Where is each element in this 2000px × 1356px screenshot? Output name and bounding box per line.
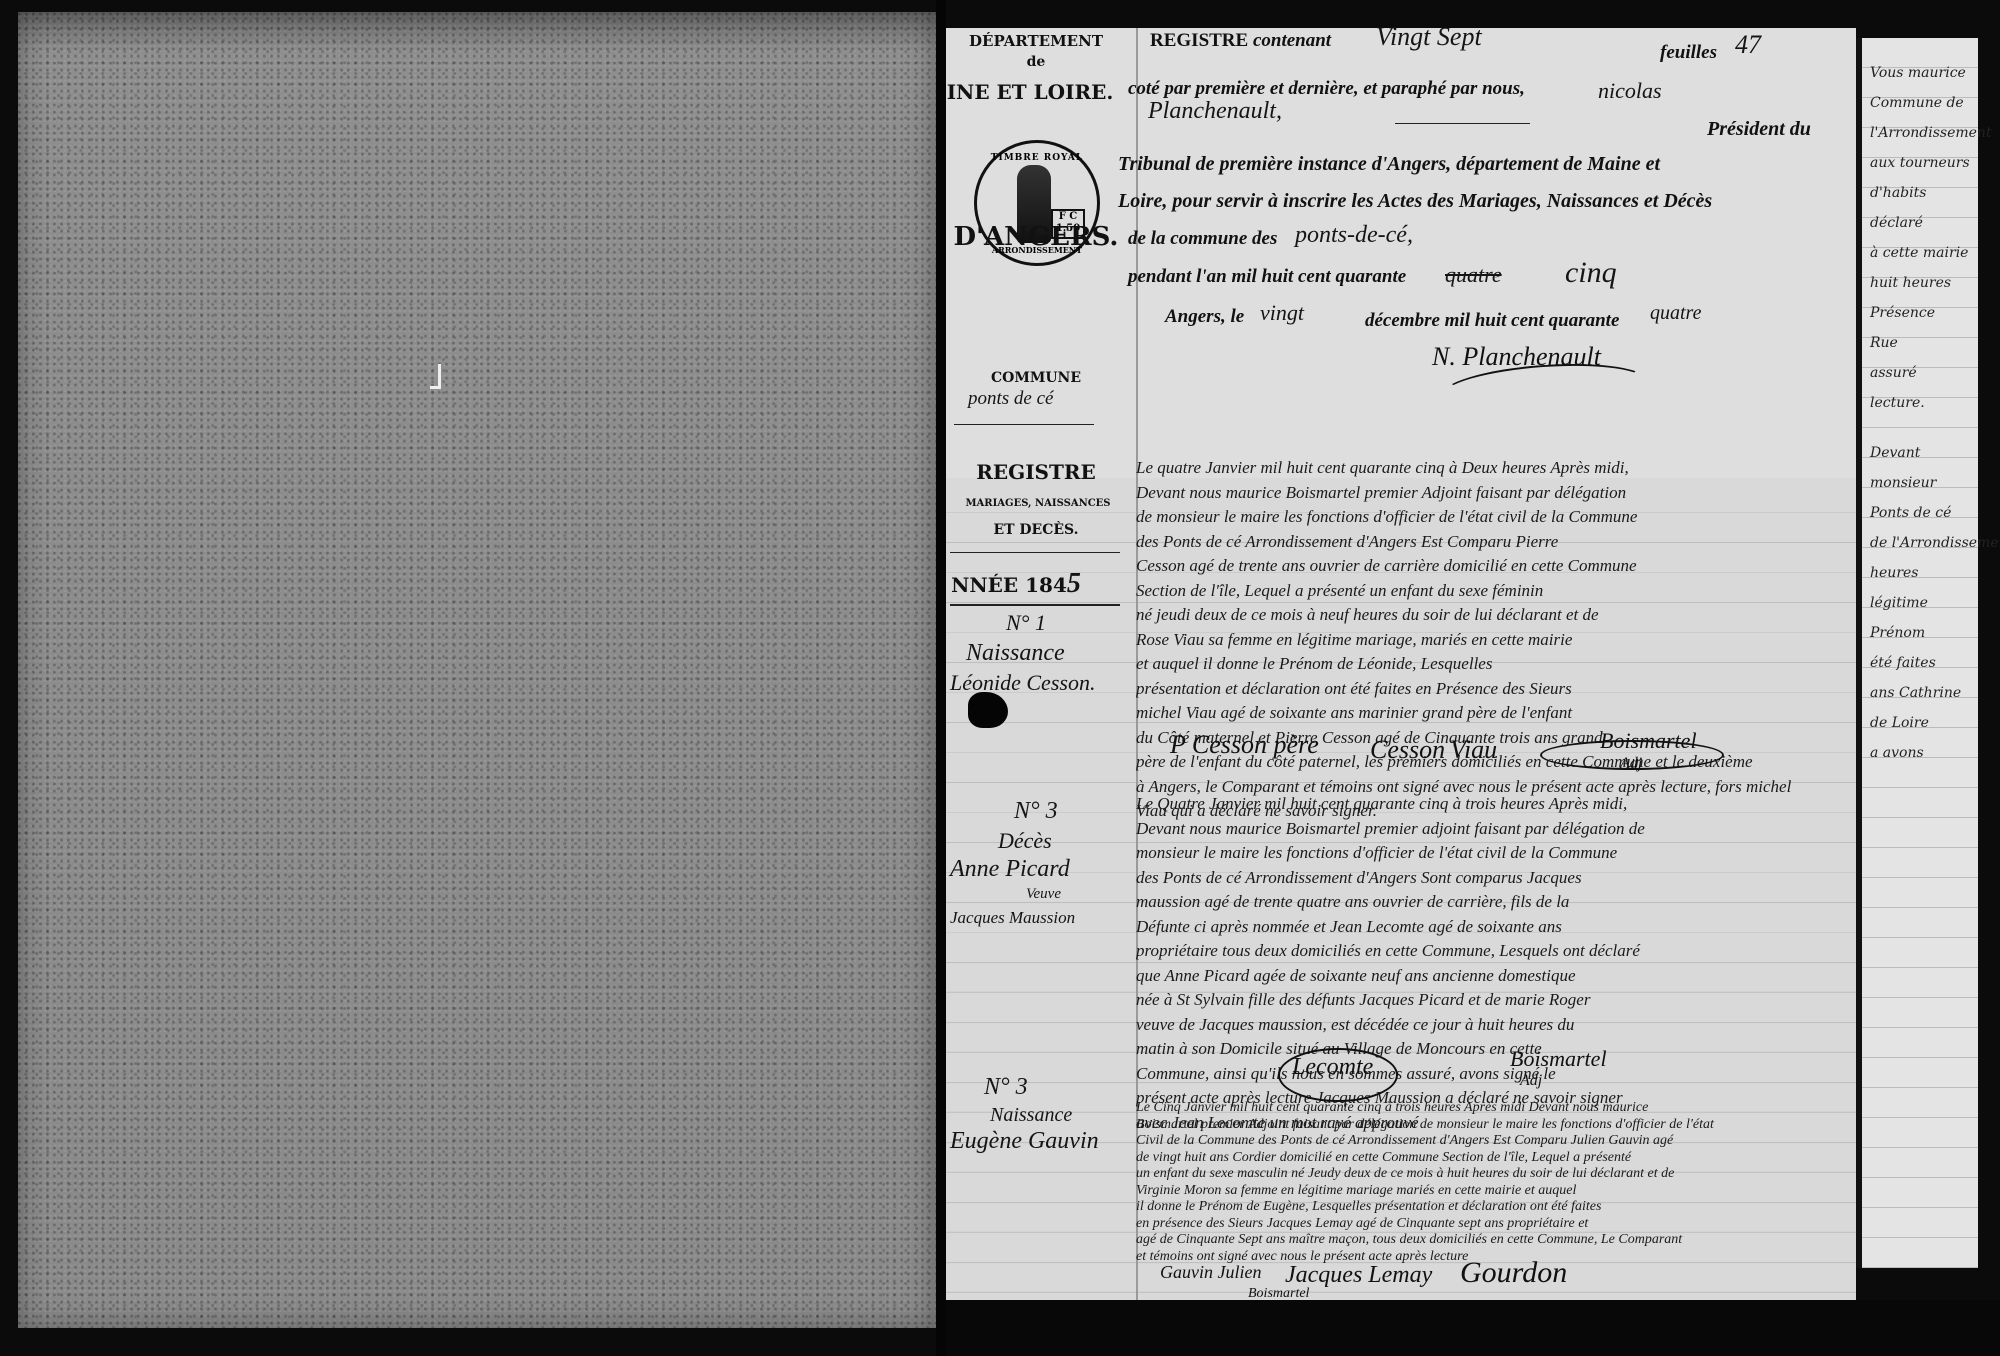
- folio-number-handwritten: 47: [1735, 30, 1761, 60]
- entry-line: Devant nous maurice Boismartel premier a…: [1136, 817, 1836, 842]
- date-year-handwritten: quatre: [1650, 302, 1701, 325]
- register-cover: [18, 12, 936, 1328]
- entry-line: Virginie Moron sa femme en légitime mari…: [1136, 1183, 1836, 1200]
- entry-line: Le Quatre Janvier mil huit cent quarante…: [1136, 792, 1836, 817]
- right-page-line: Vous maurice: [1870, 58, 1966, 88]
- entry-line: michel Viau agé de soixante ans marinier…: [1136, 701, 1836, 726]
- entry-line: agé de Cinquante Sept ans maître maçon, …: [1136, 1232, 1836, 1249]
- preamble-line-7: pendant l'an mil huit cent quarante: [1128, 266, 1406, 288]
- entry-line: et auquel il donne le Prénom de Léonide,…: [1136, 652, 1836, 677]
- signature-flourish: [1540, 740, 1724, 770]
- preamble-line-8: Angers, le: [1165, 306, 1244, 328]
- signature-lemay: Jacques Lemay: [1285, 1262, 1432, 1289]
- preamble-line-8-mid: décembre mil huit cent quarante: [1365, 310, 1619, 332]
- right-page-line: Devant: [1870, 438, 1920, 468]
- entry-line: Civil de la Commune des Ponts de cé Arro…: [1136, 1133, 1836, 1150]
- entry-line: Section de l'île, Lequel a présenté un e…: [1136, 579, 1836, 604]
- preamble-line-4: Tribunal de première instance d'Angers, …: [1118, 153, 1660, 176]
- entry-line: Commune, ainsi qu'ils nous en sommes ass…: [1136, 1062, 1836, 1087]
- preamble-line-2: coté par première et dernière, et paraph…: [1128, 78, 1525, 100]
- signature-viau: Viau: [1450, 735, 1497, 765]
- entry-1-text: Le quatre Janvier mil huit cent quarante…: [1136, 456, 1836, 824]
- entry-line: Défunte ci après nommée et Jean Lecomte …: [1136, 915, 1836, 940]
- right-page-line: Ponts de cé: [1870, 498, 1951, 528]
- right-page-line: heures: [1870, 558, 1918, 588]
- registre-heading: REGISTRE: [1150, 30, 1248, 51]
- right-page-line: aux tourneurs: [1870, 148, 1970, 178]
- right-page-line: lecture.: [1870, 388, 1925, 418]
- entry-line: Le quatre Janvier mil huit cent quarante…: [1136, 456, 1836, 481]
- entry-line: Cesson agé de trente ans ouvrier de carr…: [1136, 554, 1836, 579]
- entry-3-text: Le Cinq Janvier mil huit cent quarante c…: [1136, 1100, 1836, 1265]
- entry-line: il donne le Prénom de Eugène, Lesquelles…: [1136, 1199, 1836, 1216]
- name-rule: [1395, 123, 1530, 124]
- binding-spine: [936, 0, 946, 1356]
- entry-2-text: Le Quatre Janvier mil huit cent quarante…: [1136, 792, 1836, 1135]
- adjacent-page-strip: Vous maurice Commune de l'Arrondissement…: [1856, 38, 1978, 1268]
- entry-line: veuve de Jacques maussion, est décédée c…: [1136, 1013, 1836, 1038]
- entry-line: présentation et déclaration ont été fait…: [1136, 677, 1836, 702]
- entry-line: de monsieur le maire les fonctions d'off…: [1136, 505, 1836, 530]
- entry-line: un enfant du sexe masculin né Jeudy deux…: [1136, 1166, 1836, 1183]
- right-page-line: l'Arrondissement: [1870, 118, 1992, 148]
- cover-mark: [430, 364, 441, 389]
- preamble-line-1: REGISTRE contenant: [1150, 30, 1331, 52]
- feuilles-label: feuilles: [1660, 42, 1717, 64]
- entry-line: des Ponts de cé Arrondissement d'Angers …: [1136, 530, 1836, 555]
- contenant-label: contenant: [1253, 30, 1331, 51]
- entry-line: maussion agé de trente quatre ans ouvrie…: [1136, 890, 1836, 915]
- right-page-line: Commune de: [1870, 88, 1964, 118]
- entry-line: Rose Viau sa femme en légitime mariage, …: [1136, 628, 1836, 653]
- right-page-line: monsieur: [1870, 468, 1936, 498]
- preamble-line-5: Loire, pour servir à inscrire les Actes …: [1118, 190, 1712, 213]
- entry-line: monsieur le maire les fonctions d'offici…: [1136, 841, 1836, 866]
- entry-line: en présence des Sieurs Jacques Lemay agé…: [1136, 1216, 1836, 1233]
- right-page-line: Présence: [1870, 298, 1935, 328]
- right-page-line: de Loire: [1870, 708, 1929, 738]
- scan-bottom-edge: [946, 1300, 2000, 1356]
- entry-line: Devant nous maurice Boismartel premier A…: [1136, 481, 1836, 506]
- entry-line: né jeudi deux de ce mois à neuf heures d…: [1136, 603, 1836, 628]
- right-page-line: a avons: [1870, 738, 1924, 768]
- right-page-line: huit heures: [1870, 268, 1951, 298]
- signature-gauvin: Gauvin Julien: [1160, 1262, 1261, 1283]
- signature-adjoint-2: Adj: [1520, 1072, 1542, 1090]
- entry-line: née à St Sylvain fille des défunts Jacqu…: [1136, 988, 1836, 1013]
- preamble-line-6: de la commune des: [1128, 228, 1277, 250]
- signature-boismartel-2: Boismartel: [1510, 1046, 1607, 1072]
- right-page-line: légitime: [1870, 588, 1928, 618]
- margin-column-divider: [946, 28, 1138, 1328]
- signature-cesson-pere: P Cesson père: [1170, 730, 1319, 760]
- entry-line: propriétaire tous deux domiciliés en cet…: [1136, 939, 1836, 964]
- president-surname: Planchenault,: [1148, 98, 1282, 125]
- date-day-handwritten: vingt: [1260, 300, 1304, 326]
- entry-line: des Ponts de cé Arrondissement d'Angers …: [1136, 866, 1836, 891]
- struck-year-word: quatre: [1445, 262, 1502, 288]
- right-page-line: ans Cathrine: [1870, 678, 1961, 708]
- entry-line: Le Cinq Janvier mil huit cent quarante c…: [1136, 1100, 1836, 1117]
- ink-blot: [968, 692, 1008, 728]
- right-page-line: de l'Arrondissement: [1870, 528, 2000, 558]
- right-page-line: d'habits: [1870, 178, 1926, 208]
- year-word-handwritten: cinq: [1565, 256, 1617, 290]
- right-page-line: Prénom: [1870, 618, 1925, 648]
- signature-lecomte: Lecomte: [1292, 1054, 1373, 1081]
- president-label: Président du: [1707, 118, 1811, 141]
- right-page-line: déclaré: [1870, 208, 1923, 238]
- right-page-line: assuré: [1870, 358, 1917, 388]
- right-page-line: à cette mairie: [1870, 238, 1968, 268]
- president-firstname: nicolas: [1598, 78, 1662, 104]
- right-page-line: Rue: [1870, 328, 1898, 358]
- entry-line: de vingt huit ans Cordier domicilié en c…: [1136, 1150, 1836, 1167]
- entry-line: que Anne Picard agée de soixante neuf an…: [1136, 964, 1836, 989]
- commune-name-handwritten: ponts-de-cé,: [1295, 222, 1413, 249]
- right-page-line: été faites: [1870, 648, 1936, 678]
- signature-cesson: Cesson: [1370, 735, 1445, 765]
- signature-gourdon: Gourdon: [1460, 1256, 1567, 1290]
- feuilles-count-handwritten: Vingt Sept: [1376, 22, 1482, 52]
- entry-line: matin à son Domicile situé au Village de…: [1136, 1037, 1836, 1062]
- entry-line: Boismartel premier Adjoint faisant par d…: [1136, 1117, 1836, 1134]
